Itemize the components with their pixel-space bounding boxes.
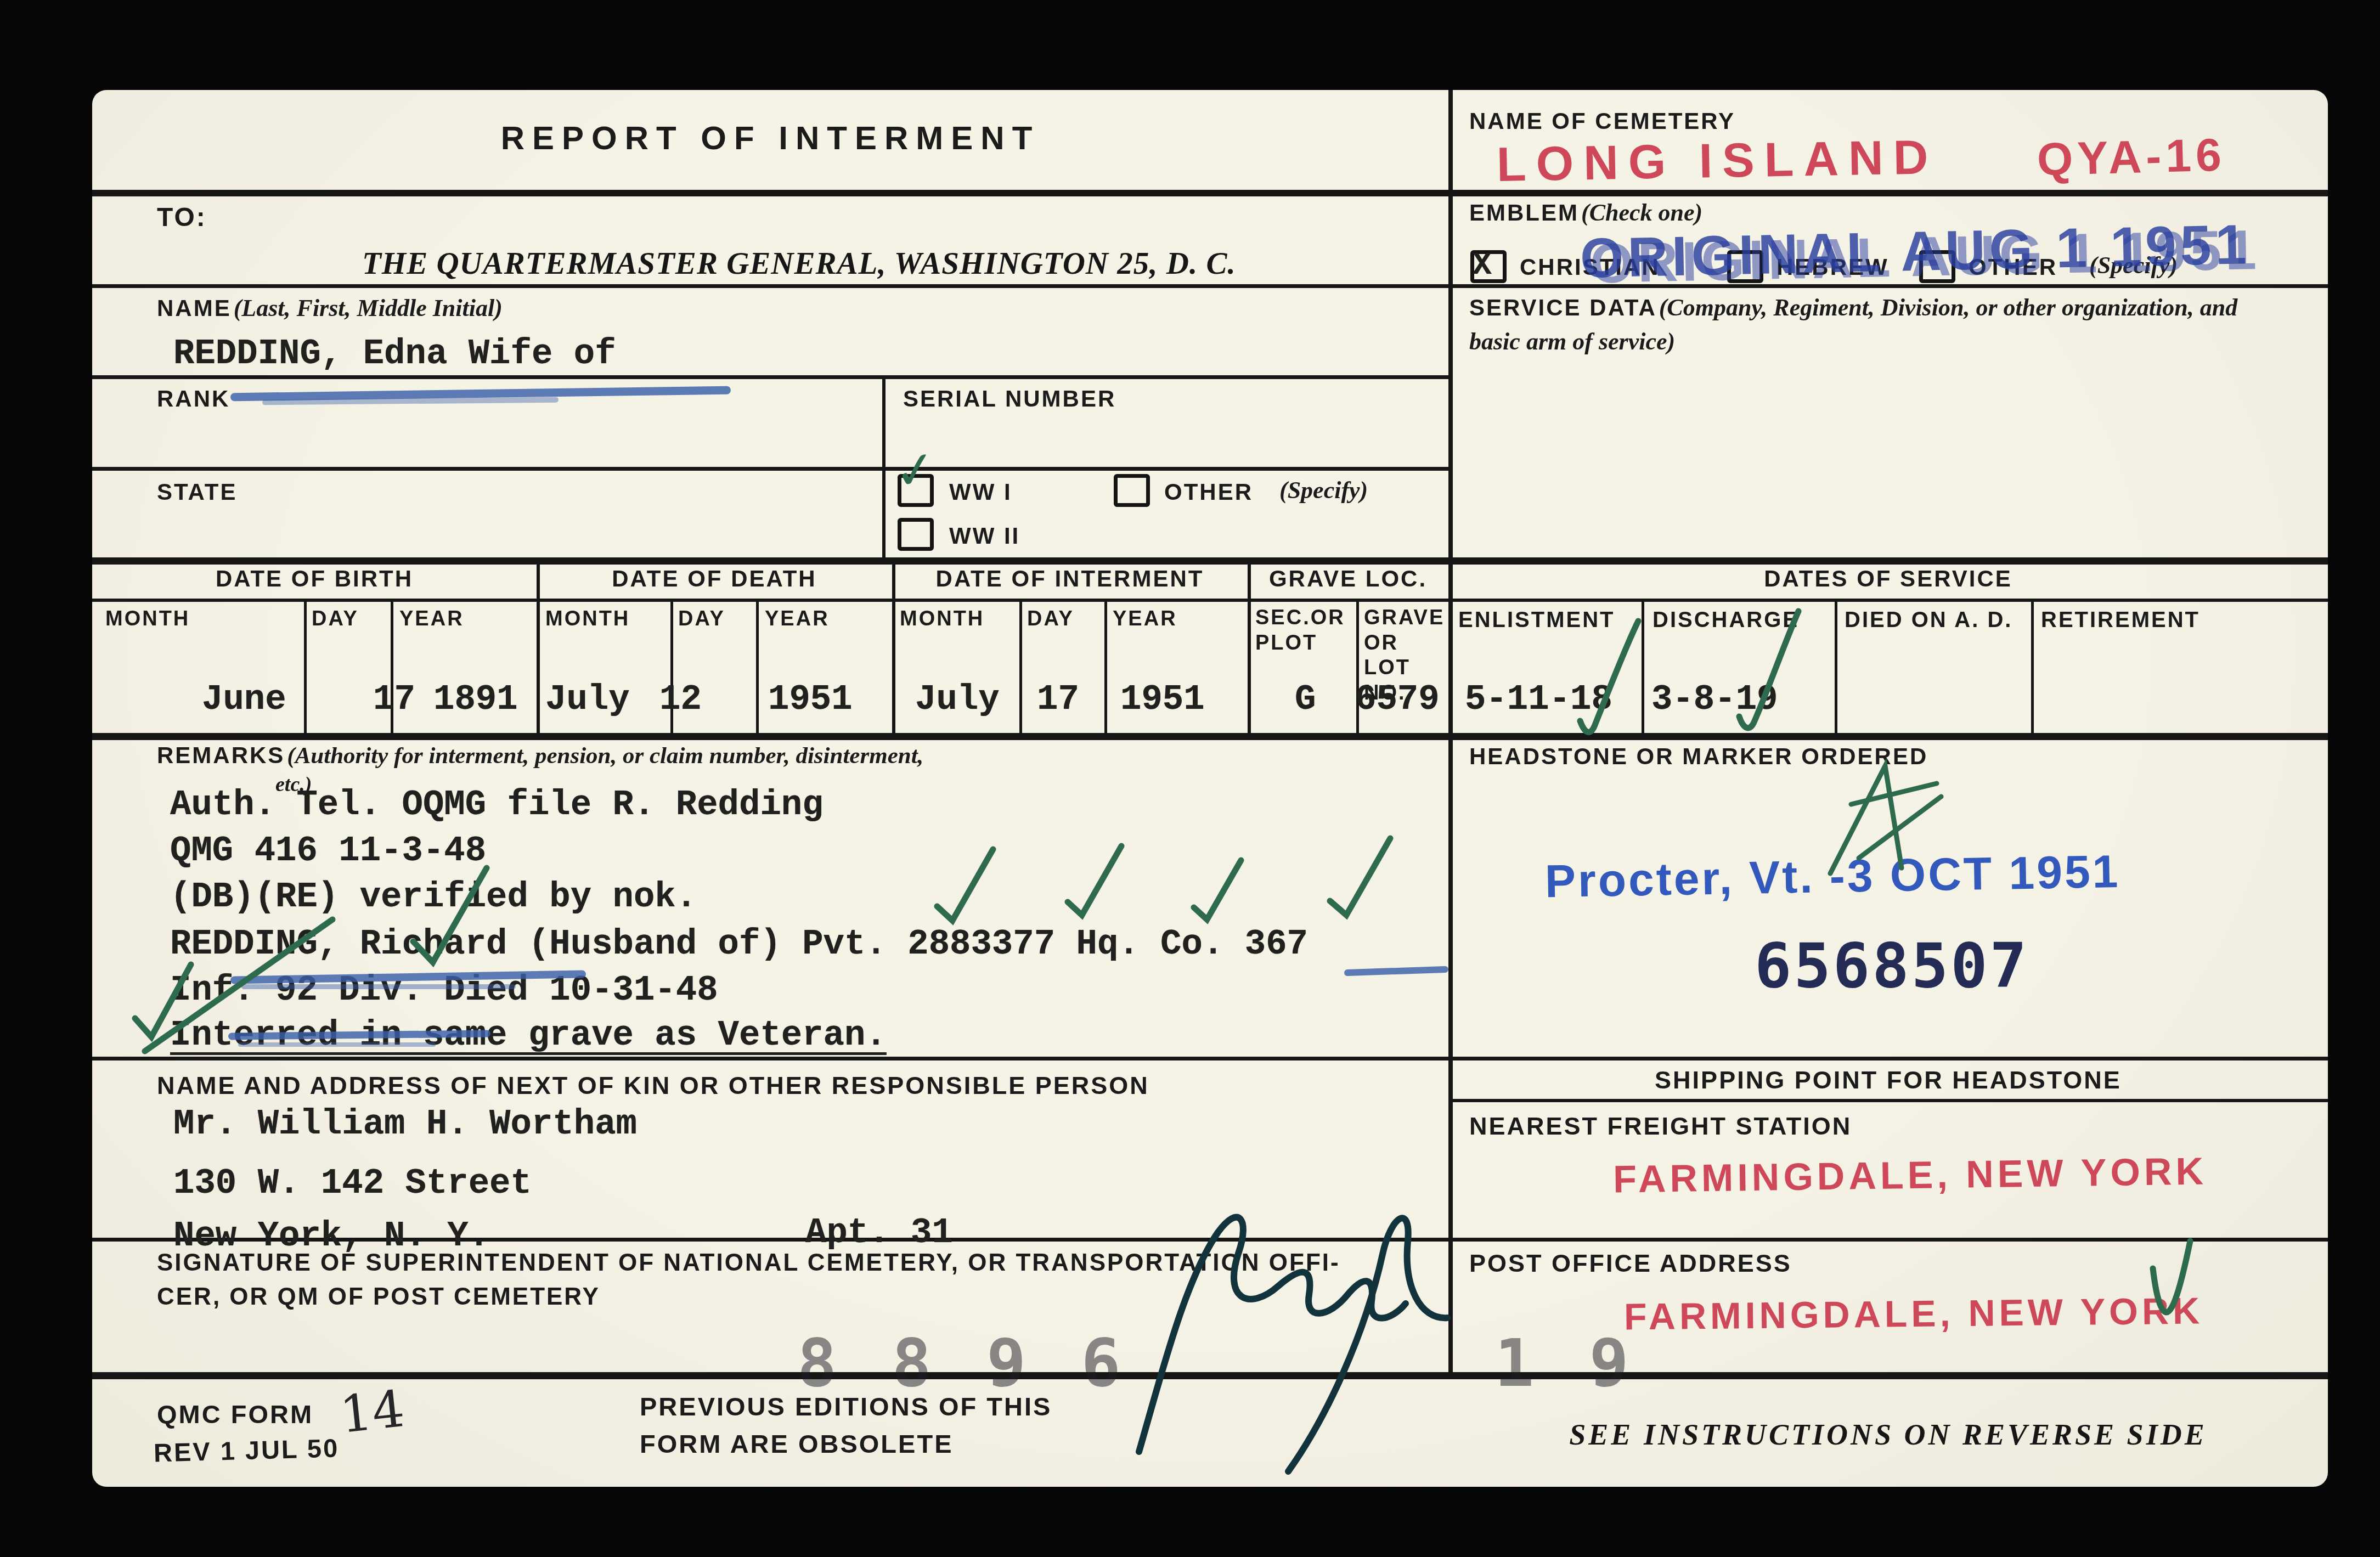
- header-dates-of-service: DATES OF SERVICE: [1448, 565, 2328, 593]
- birth-year-label: YEAR: [399, 607, 464, 632]
- death-month-value: July: [545, 680, 630, 720]
- enlistment-value: 5-11-18: [1465, 680, 1612, 720]
- cemetery-stamp-name: LONG ISLAND: [1496, 129, 1938, 193]
- instructions-note: SEE INSTRUCTIONS ON REVERSE SIDE: [1448, 1418, 2328, 1452]
- post-office-label: POST OFFICE ADDRESS: [1469, 1249, 1792, 1278]
- green-flourish-stroke-2: [1851, 783, 1937, 804]
- divider-under-remarks: [92, 1057, 2328, 1060]
- next-of-kin-line-2: 130 W. 142 Street: [173, 1164, 532, 1204]
- checkbox-christian-mark: X: [1473, 248, 1492, 284]
- death-day-label: DAY: [678, 607, 725, 632]
- grave-lot-value: 6579: [1355, 680, 1440, 720]
- freight-station-stamp: FARMINGDALE, NEW YORK: [1612, 1149, 2207, 1201]
- grave-plot-value: G: [1295, 680, 1316, 720]
- next-of-kin-apt: Apt. 31: [805, 1214, 953, 1253]
- headstone-label: HEADSTONE OR MARKER ORDERED: [1469, 743, 1928, 770]
- divider-under-rank-row: [92, 467, 1448, 471]
- divider-table-subheader: [92, 599, 2328, 602]
- enlistment-label: ENLISTMENT: [1458, 607, 1615, 633]
- checkbox-other-war: [1114, 474, 1150, 507]
- obsolete-line-2: FORM ARE OBSOLETE: [640, 1429, 954, 1459]
- service-data-label: SERVICE DATA: [1469, 295, 1657, 320]
- death-year-label: YEAR: [765, 607, 830, 632]
- headstone-order-number: 6568507: [1755, 930, 2029, 1002]
- remarks-label: REMARKS: [157, 742, 285, 768]
- next-of-kin-line-1: Mr. William H. Wortham: [173, 1105, 637, 1144]
- remarks-line-2: QMG 416 11-3-48: [170, 832, 486, 871]
- interment-month-label: MONTH: [900, 607, 984, 632]
- death-month-label: MONTH: [545, 607, 630, 632]
- name-note: (Last, First, Middle Initial): [234, 295, 503, 321]
- divider-under-header: [92, 190, 2328, 196]
- divider-died-retirement: [2031, 602, 2034, 733]
- header-date-of-birth: DATE OF BIRTH: [92, 565, 537, 593]
- cemetery-label: NAME OF CEMETERY: [1469, 108, 1735, 135]
- state-label: STATE: [157, 478, 237, 506]
- death-day-value: 12: [659, 680, 702, 720]
- divider-under-shipping-header: [1448, 1099, 2328, 1102]
- green-check-remarks-1: [937, 849, 993, 921]
- name-value: REDDING, Edna Wife of: [173, 335, 616, 374]
- remarks-note: (Authority for interment, pension, or cl…: [287, 743, 923, 769]
- blue-ink-underline-367: [1344, 966, 1448, 977]
- interment-day-label: DAY: [1027, 607, 1074, 632]
- remarks-line-3: (DB)(RE) verified by nok.: [170, 878, 697, 917]
- divider-main-columns: [1448, 90, 1453, 1372]
- checkbox-ww2: [898, 518, 934, 551]
- divider-footer: [92, 1372, 2328, 1379]
- birth-day-value: 17: [373, 680, 415, 720]
- label-other-war: OTHER: [1164, 478, 1253, 506]
- header-date-of-death: DATE OF DEATH: [537, 565, 892, 593]
- stamped-digits-right: 1 9: [1494, 1325, 1637, 1402]
- blue-ink-underline-redding-2: [241, 984, 516, 989]
- died-on-ad-label: DIED ON A. D.: [1845, 607, 2015, 633]
- divider-enlistment-discharge: [1642, 602, 1644, 733]
- header-date-of-interment: DATE OF INTERMENT: [892, 565, 1248, 593]
- cemetery-stamp-code: QYA-16: [2037, 128, 2226, 187]
- form-code-line-2: REV 1 JUL 50: [153, 1433, 340, 1469]
- birth-month-label: MONTH: [105, 607, 190, 632]
- divider-interment-month-day: [1019, 602, 1022, 733]
- next-of-kin-label: NAME AND ADDRESS OF NEXT OF KIN OR OTHER…: [157, 1071, 1149, 1101]
- blue-ink-underline-inf-2: [238, 1042, 436, 1047]
- emblem-label: EMBLEM: [1469, 200, 1579, 225]
- divider-interment-day-year: [1104, 602, 1107, 733]
- signature-label-line-1: SIGNATURE OF SUPERINTENDENT OF NATIONAL …: [157, 1249, 1340, 1278]
- remarks-line-1: Auth. Tel. OQMG file R. Redding: [170, 786, 824, 825]
- remarks-line-4: REDDING, Richard (Husband of) Pvt. 28833…: [170, 925, 1308, 964]
- emblem-note: (Check one): [1581, 199, 1702, 226]
- discharge-value: 3-8-19: [1651, 680, 1778, 720]
- interment-year-label: YEAR: [1113, 607, 1177, 632]
- shipping-header: SHIPPING POINT FOR HEADSTONE: [1448, 1065, 2328, 1095]
- procter-date-stamp: Procter, Vt. -3 OCT 1951: [1544, 845, 2120, 908]
- interment-year-value: 1951: [1120, 680, 1205, 720]
- birth-day-label: DAY: [312, 607, 359, 632]
- birth-month-value: June: [202, 680, 286, 720]
- retirement-label: RETIREMENT: [2041, 607, 2200, 633]
- divider-discharge-died: [1835, 602, 1837, 733]
- divider-death-day-year: [756, 602, 759, 733]
- rank-label: RANK: [157, 385, 230, 413]
- post-office-stamp: FARMINGDALE, NEW YORK: [1624, 1289, 2204, 1338]
- death-year-value: 1951: [768, 680, 853, 720]
- checkbox-ww1-checkmark: ✓: [890, 438, 940, 503]
- stamped-digits-left: 8 8 9 6: [797, 1325, 1129, 1402]
- interment-report-card: REPORT OF INTERMENT TO: THE QUARTERMASTE…: [92, 90, 2328, 1487]
- divider-table-top: [92, 557, 2328, 565]
- birth-year-value: 1891: [433, 680, 518, 720]
- name-label: NAME: [157, 295, 232, 321]
- grave-plot-label: SEC.OR PLOT: [1255, 606, 1349, 656]
- label-ww1: WW I: [949, 478, 1012, 506]
- divider-rank-serial: [882, 375, 886, 557]
- signature-label-line-2: CER, OR QM OF POST CEMETERY: [157, 1283, 600, 1312]
- label-other-war-note: (Specify): [1279, 476, 1368, 504]
- green-check-remarks-3: [1194, 860, 1241, 919]
- interment-month-value: July: [915, 680, 1000, 720]
- obsolete-line-1: PREVIOUS EDITIONS OF THIS: [640, 1391, 1052, 1422]
- divider-under-name-row: [92, 375, 1448, 379]
- divider-table-bottom: [92, 733, 2328, 740]
- to-value: THE QUARTERMASTER GENERAL, WASHINGTON 25…: [362, 246, 1236, 281]
- discharge-label: DISCHARGE: [1653, 607, 1799, 633]
- to-label: TO:: [157, 202, 207, 234]
- green-check-remarks-4: [1330, 838, 1390, 915]
- divider-birth-month-day: [304, 602, 307, 733]
- interment-day-value: 17: [1037, 680, 1079, 720]
- freight-station-label: NEAREST FREIGHT STATION: [1469, 1112, 1852, 1141]
- divider-under-to-row: [92, 284, 2328, 288]
- form-code-line-1: QMC FORM: [157, 1399, 313, 1430]
- page-title: REPORT OF INTERMENT: [92, 119, 1448, 158]
- serial-number-label: SERIAL NUMBER: [903, 385, 1116, 413]
- form-number-handwritten: 14: [337, 1379, 408, 1445]
- header-grave-loc: GRAVE LOC.: [1248, 565, 1448, 593]
- green-check-remarks-2: [1068, 846, 1121, 915]
- label-ww2: WW II: [949, 522, 1020, 550]
